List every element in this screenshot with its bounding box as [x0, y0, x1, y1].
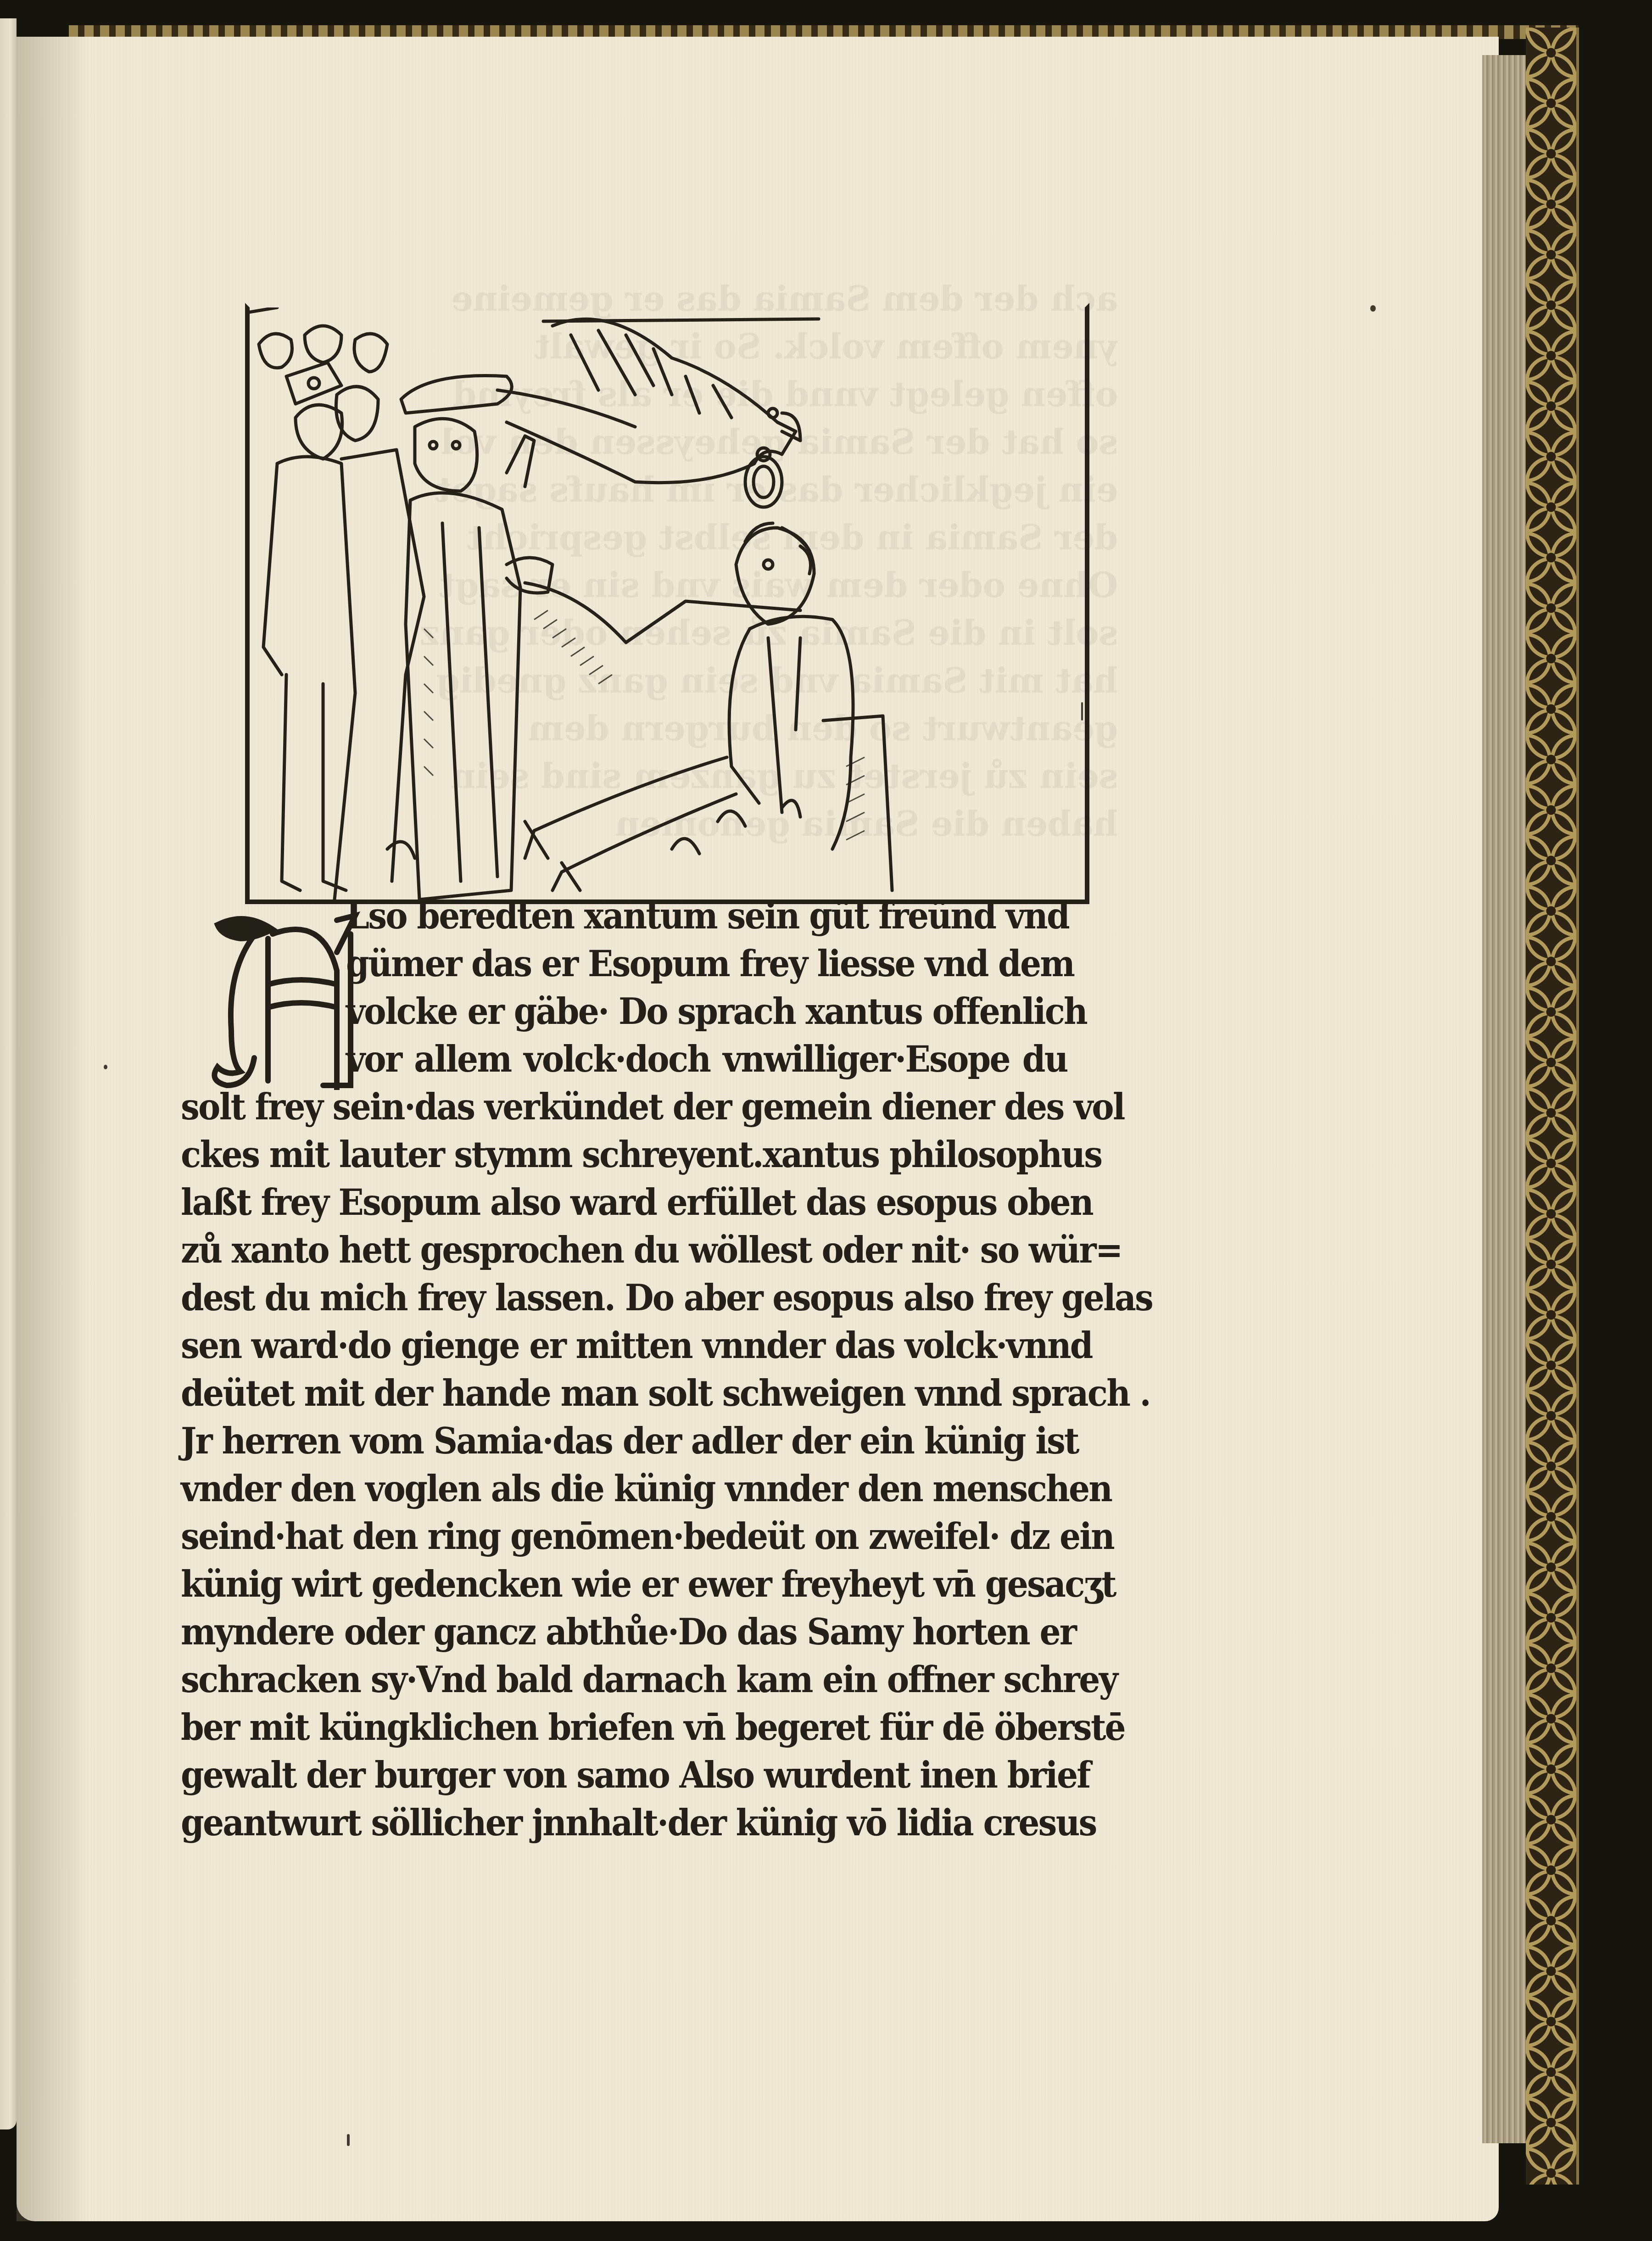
- binding-ornament-border: [1526, 28, 1579, 2185]
- text-line: vor allem volck·doch vnwilliger·Esope du: [346, 1036, 1067, 1084]
- text-line: schracken sy·Vnd bald darnach kam ein of…: [181, 1656, 1056, 1704]
- left-page-edge: [0, 18, 17, 2129]
- drop-cap-initial: [199, 906, 364, 1090]
- text-line: ber mit küngklichen briefen vn̄ begeret …: [181, 1704, 1056, 1752]
- text-line: deütet mit der hande man solt schweigen …: [181, 1370, 1056, 1418]
- text-line: ckes mit lauter stymm schreyent.xantus p…: [181, 1131, 1056, 1179]
- text-line: volcke er gäbe· Do sprach xantus offenli…: [346, 988, 1067, 1036]
- woodcut-illustration: [245, 303, 1089, 904]
- text-line: geantwurt söllicher jnnhalt·der künig vō…: [181, 1800, 1056, 1847]
- eagle-ring-scene-illustration: [250, 307, 1085, 900]
- text-line: vnder den voglen als die künig vnnder de…: [181, 1465, 1056, 1513]
- page-fore-edge: [1482, 55, 1526, 2143]
- text-line: sen ward·do gienge er mitten vnnder das …: [181, 1322, 1056, 1370]
- text-line: laßt frey Esopum also ward erfüllet das …: [181, 1179, 1056, 1227]
- text-line: gewalt der burger von samo Also wurdent …: [181, 1752, 1056, 1800]
- text-line: myndere oder gancz abthůe·Do das Samy ho…: [181, 1609, 1056, 1656]
- text-line: gümer das er Esopum frey liesse vnd dem: [346, 940, 1067, 988]
- book-page: ach der dem Samia das er gemeine ynem of…: [17, 37, 1499, 2221]
- text-line: künig wirt gedencken wie er ewer freyhey…: [181, 1561, 1056, 1609]
- text-line: zů xanto hett gesprochen du wöllest oder…: [181, 1227, 1056, 1274]
- text-line: dest du mich frey lassen. Do aber esopus…: [181, 1274, 1056, 1322]
- text-line: Jr herren vom Samia·das der adler der ei…: [181, 1418, 1056, 1465]
- text-line: Lso beredten xantum sein güt freünd vnd: [346, 893, 1067, 940]
- text-line: seind·hat den ring genōmen·bedeüt on zwe…: [181, 1513, 1056, 1561]
- body-text: Lso beredten xantum sein güt freünd vnd …: [181, 893, 1122, 1847]
- ornamental-letter-a-icon: [199, 906, 364, 1090]
- text-line: solt frey sein·das verkündet der gemein …: [181, 1084, 1056, 1131]
